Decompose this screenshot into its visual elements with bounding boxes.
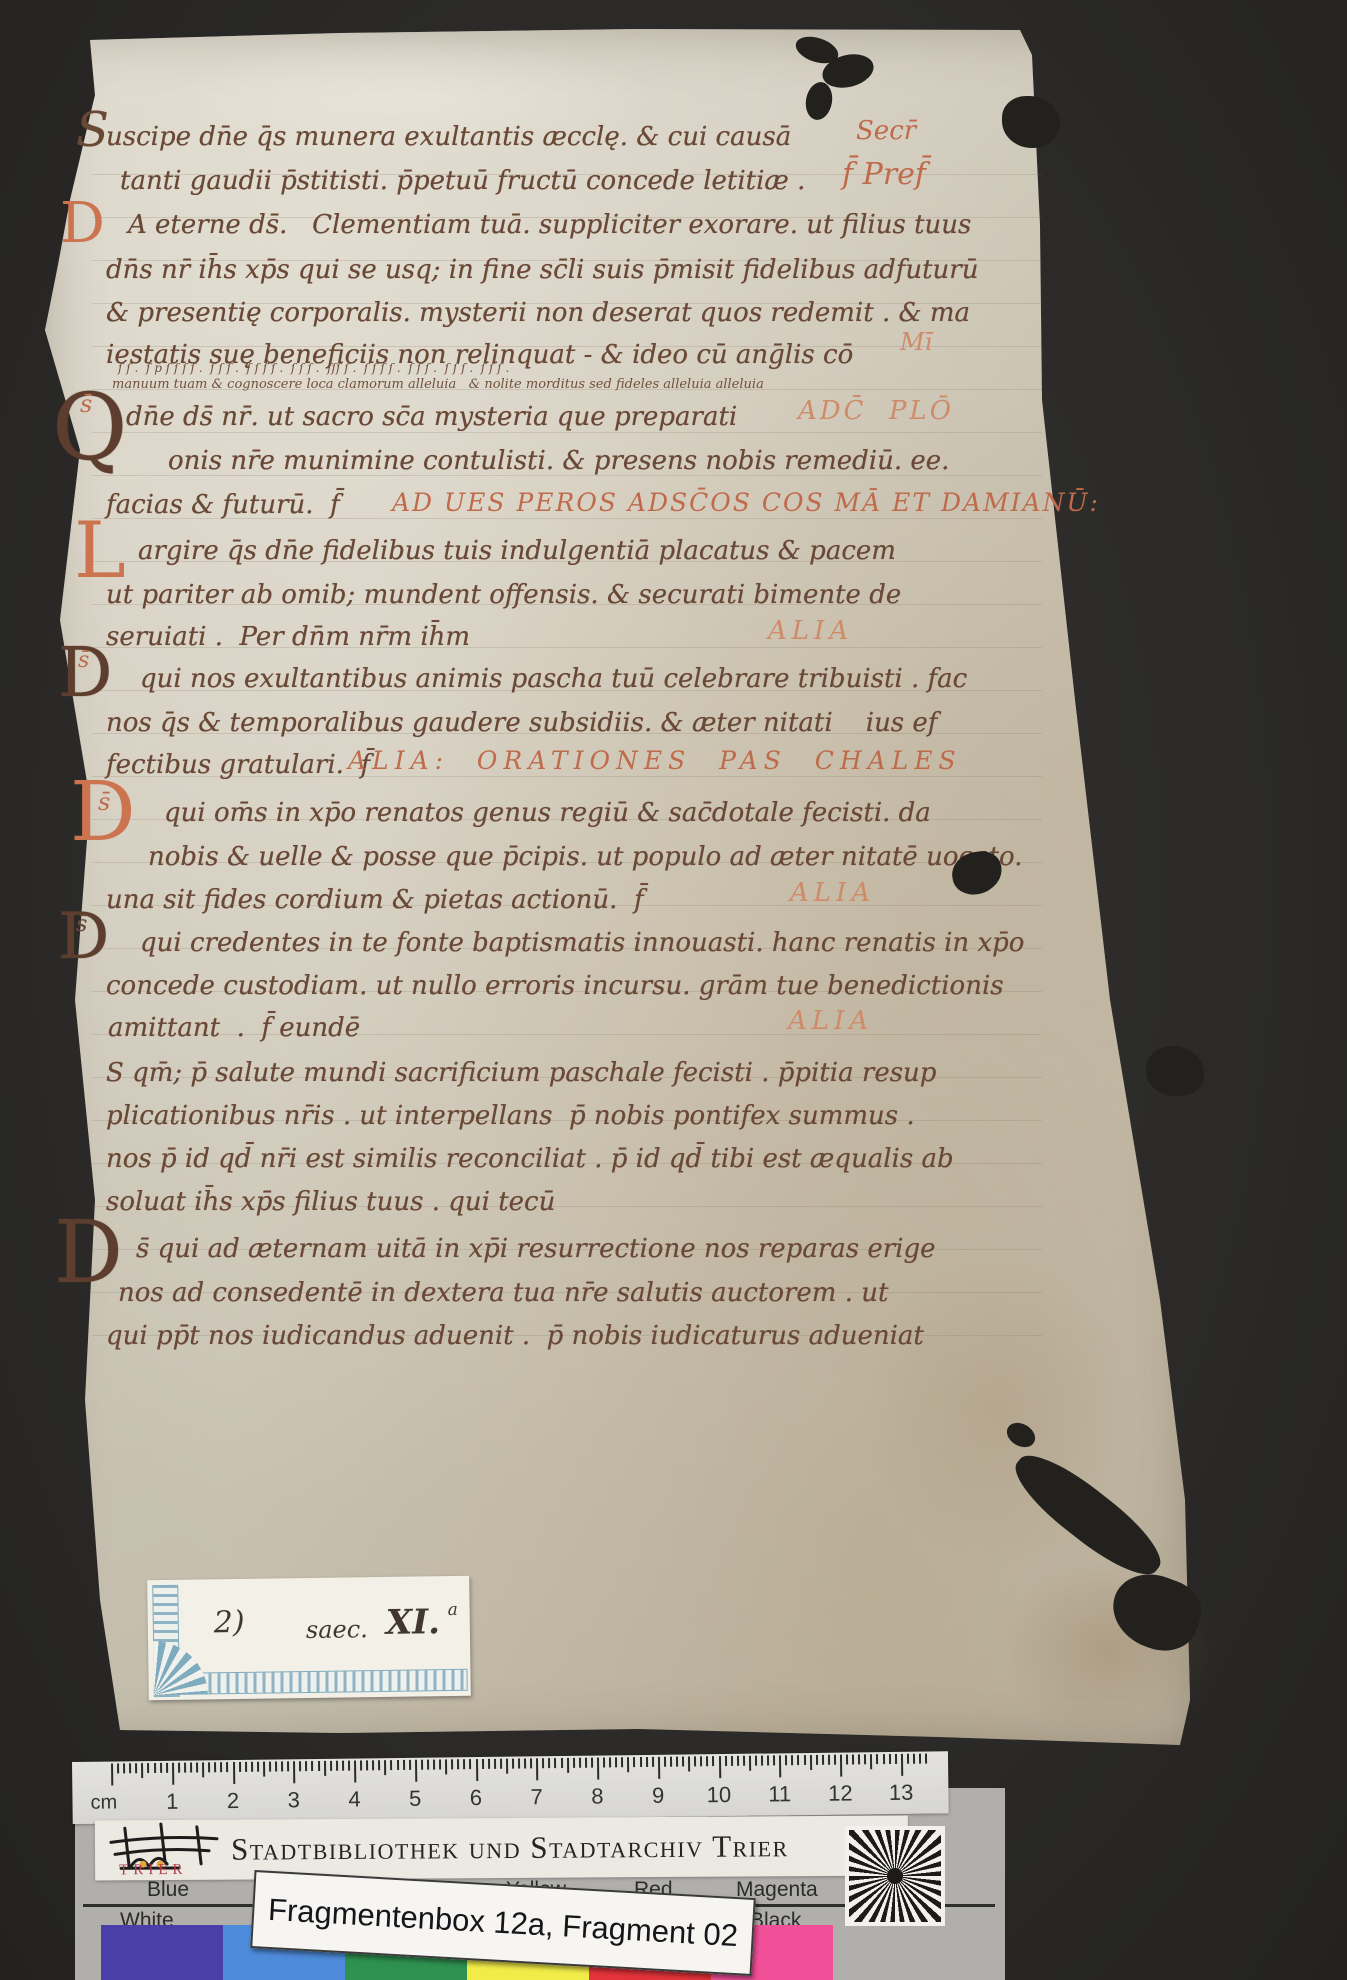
ruler-tick (591, 1758, 593, 1768)
color-label-blue: Blue (147, 1878, 189, 1902)
ruler-tick (548, 1758, 550, 1768)
ruler-tick (475, 1759, 477, 1781)
institution-logo-icon: TRIER (105, 1822, 225, 1879)
manuscript-text-run: s̄ (98, 790, 110, 814)
ruler-tick (336, 1761, 338, 1771)
ruler-tick (889, 1754, 891, 1764)
manuscript-text-run: s̄ (78, 650, 89, 672)
ruler-tick (567, 1758, 569, 1773)
ruler-tick (330, 1761, 332, 1771)
manuscript-text-run: seruiati . Per dn̄m nr̄m ih̄m (106, 624, 470, 650)
manuscript-text-run: AD UES PEROS ADSC̄OS COS MĀ ET DAMIANŪ: (392, 490, 1100, 515)
ruler-tick (354, 1761, 356, 1783)
ruler-tick (846, 1755, 848, 1765)
ruler-tick (597, 1758, 599, 1780)
ruler-number: 13 (889, 1780, 914, 1806)
ruler-number: 5 (409, 1786, 422, 1812)
ruler-tick (700, 1756, 702, 1766)
ruler-tick (816, 1755, 818, 1765)
ruler-tick (427, 1760, 429, 1770)
ruler-tick (372, 1760, 374, 1770)
manuscript-text-run: s̄ qui ad æternam uitā in xp̄i resurrect… (136, 1236, 936, 1262)
ruler-tick (324, 1761, 326, 1776)
ruler-tick (275, 1761, 277, 1771)
ruler-tick (542, 1758, 544, 1768)
ruler-tick (135, 1763, 137, 1773)
ruler-tick (166, 1763, 168, 1773)
ruler-number: 1 (166, 1789, 179, 1815)
ruler-tick (670, 1757, 672, 1767)
manuscript-text-run: ut pariter ab omib; mundent offensis. & … (106, 582, 901, 608)
ruler-tick (858, 1754, 860, 1764)
ruler-tick (822, 1755, 824, 1765)
manuscript-text-run: uscipe dn̄e q̄s munera exultantis æcclę.… (106, 124, 791, 150)
ruler: cm 12345678910111213 (72, 1751, 949, 1824)
ruler-tick (658, 1757, 660, 1779)
archival-date-label: 2) saec. XI. a (147, 1576, 471, 1700)
ruler-number: 11 (768, 1781, 791, 1807)
logo-city-text: TRIER (119, 1862, 187, 1879)
ruler-number: 4 (348, 1786, 361, 1812)
star-center-dot (887, 1868, 903, 1884)
ruler-tick (627, 1757, 629, 1772)
ruler-tick (384, 1760, 386, 1775)
ruler-tick (664, 1757, 666, 1767)
ruler-tick (117, 1763, 119, 1773)
ruler-tick (366, 1760, 368, 1770)
ruler-tick (725, 1756, 727, 1766)
ruler-tick (409, 1760, 411, 1770)
manuscript-text-run: & presentię corporalis. mysterii non des… (106, 300, 970, 326)
manuscript-text-run: nos q̄s & temporalibus gaudere subsidiis… (106, 710, 937, 736)
manuscript-text-run: D (54, 1210, 123, 1296)
ruler-tick (360, 1760, 362, 1770)
ruler-tick (129, 1763, 131, 1773)
ruler-tick (621, 1757, 623, 1767)
ruler-tick (257, 1762, 259, 1772)
label-corner-fan-ornament (153, 1640, 208, 1695)
ruler-number: 9 (652, 1783, 665, 1809)
ruler-tick (767, 1755, 769, 1765)
ruler-tick (433, 1760, 435, 1770)
manuscript-text-run: argire q̄s dn̄e fidelibus tuis indulgent… (138, 538, 896, 564)
label-saec: saec. (306, 1615, 368, 1644)
photo-stage: Suscipe dn̄e q̄s munera exultantis æcclę… (0, 0, 1347, 1980)
ruler-tick (348, 1761, 350, 1771)
ruler-tick (202, 1762, 204, 1777)
ruler-tick (196, 1762, 198, 1772)
ruler-tick (421, 1760, 423, 1770)
manuscript-text-run: manuum tuam & cognoscere loca clamorum a… (112, 378, 764, 391)
siemens-star-target (845, 1826, 945, 1926)
manuscript-text-run: una sit fides cordium & pietas actionū. … (106, 887, 644, 913)
manuscript-text-run: concede custodiam. ut nullo erroris incu… (106, 973, 1004, 999)
ruler-number: 8 (591, 1784, 604, 1810)
ruler-tick (463, 1759, 465, 1769)
ruler-number: 10 (707, 1782, 732, 1808)
manuscript-text-run: ALIA (790, 880, 875, 906)
ruler-tick (561, 1758, 563, 1768)
ruler-tick (184, 1763, 186, 1773)
ruler-tick (342, 1761, 344, 1771)
ruler-tick (652, 1757, 654, 1767)
ruler-tick (293, 1761, 295, 1783)
ruler-tick (488, 1759, 490, 1769)
ruler-number: 2 (227, 1788, 240, 1814)
ruler-tick (512, 1759, 514, 1769)
manuscript-text-run: nos ad consedentē in dextera tua nr̄e sa… (118, 1280, 888, 1306)
ruler-tick (749, 1756, 751, 1771)
ruler-tick (694, 1756, 696, 1766)
ruler-tick (718, 1756, 720, 1778)
ruler-tick (712, 1756, 714, 1766)
ruler-tick (226, 1762, 228, 1772)
ruler-tick (743, 1756, 745, 1766)
ruler-tick (603, 1757, 605, 1767)
ruler-tick (123, 1763, 125, 1773)
ruler-tick (779, 1755, 781, 1777)
ruler-tick (178, 1763, 180, 1773)
ruler-tick (731, 1756, 733, 1766)
ruler-tick (415, 1760, 417, 1782)
institution-banner: TRIER Stadtbibliothek und Stadtarchiv Tr… (95, 1816, 908, 1881)
manuscript-text-run: nos p̄ id qd̄ nr̄i est similis reconcili… (106, 1146, 954, 1172)
ruler-number: 12 (828, 1780, 853, 1806)
ruler-tick (518, 1759, 520, 1769)
ink-blot (1002, 96, 1060, 148)
ruler-unit-label: cm (90, 1791, 117, 1814)
ruler-tick (852, 1754, 854, 1764)
fragment-caption-text: Fragmentenbox 12a, Fragment 02 (267, 1892, 739, 1954)
ruler-tick (609, 1757, 611, 1767)
ruler-tick (864, 1754, 866, 1764)
manuscript-text-run: qui om̄s in xp̄o renatos genus regiū & s… (164, 800, 931, 826)
manuscript-text-run: S qm̄; p̄ salute mundi sacrificium pasch… (106, 1060, 936, 1086)
ruler-tick (469, 1759, 471, 1769)
ruler-tick (773, 1755, 775, 1765)
ruler-tick (573, 1758, 575, 1768)
ruler-tick (688, 1756, 690, 1771)
ruler-tick (828, 1755, 830, 1765)
ruler-tick (870, 1754, 872, 1769)
manuscript-text-run: f̄ Pref̄ (842, 160, 926, 190)
manuscript-text-run: S (76, 106, 109, 154)
manuscript-text-run: ALIA: ORATIONES PAS CHALES (348, 748, 962, 773)
institution-title: Stadtbibliothek und Stadtarchiv Trier (231, 1828, 789, 1867)
ruler-tick (245, 1762, 247, 1772)
ruler-tick (761, 1756, 763, 1766)
ruler-tick (737, 1756, 739, 1766)
ruler-tick (585, 1758, 587, 1768)
ruler-tick (378, 1760, 380, 1770)
ruler-tick (299, 1761, 301, 1771)
manuscript-text-run: soluat ih̄s xp̄s filius tuus . qui tecū (106, 1189, 555, 1215)
ruler-tick (579, 1758, 581, 1768)
ruler-tick (208, 1762, 210, 1772)
manuscript-text-run: facias & futurū. f̄ (106, 492, 340, 518)
ruler-tick (500, 1759, 502, 1769)
manuscript-text-run: ALIA (788, 1008, 873, 1034)
manuscript-text-run: qui credentes in te fonte baptismatis in… (140, 930, 1024, 956)
manuscript-text-run: Mī (900, 330, 932, 354)
ruler-tick (305, 1761, 307, 1771)
ink-blot (1146, 1046, 1204, 1096)
ruler-tick (172, 1763, 174, 1785)
ruler-tick (233, 1762, 235, 1784)
manuscript-text-run: dn̄e ds̄ nr̄. ut sacro sc̄a mysteria que… (126, 404, 737, 430)
ruler-tick (311, 1761, 313, 1771)
ruler-tick (785, 1755, 787, 1765)
manuscript-text-run: L (74, 512, 126, 590)
manuscript-text-run: ſ ſ . ſ p ſ ſ ſ ſ . ſ ſ ſ . ſ ſ ſ ſ . ſ … (118, 362, 509, 374)
ruler-tick (913, 1754, 915, 1764)
ruler-tick (160, 1763, 162, 1773)
manuscript-text-run: tanti gaudii p̄stitisti. p̄petuū fructū … (120, 168, 805, 194)
ruler-tick (646, 1757, 648, 1767)
ruler-tick (882, 1754, 884, 1764)
ruler-number: 7 (530, 1784, 543, 1810)
ruler-tick (269, 1762, 271, 1772)
ruler-tick (147, 1763, 149, 1773)
ruler-tick (263, 1762, 265, 1777)
manuscript-text-run: onis nr̄e munimine contulisti. & presens… (168, 448, 949, 474)
ruler-tick (111, 1763, 113, 1785)
manuscript-text-run: fectibus gratulari. f̄ (106, 752, 370, 778)
ruler-tick (457, 1759, 459, 1769)
ruler-tick (797, 1755, 799, 1765)
ruler-tick (190, 1763, 192, 1773)
ruler-ticks (72, 1751, 948, 1762)
ruler-tick (506, 1759, 508, 1774)
ruler-tick (834, 1755, 836, 1765)
manuscript-text-run: nobis & uelle & posse que p̄cipis. ut po… (148, 844, 1022, 870)
manuscript-text-run: plicationibus nr̄is . ut interpellans p̄… (106, 1103, 915, 1129)
ruler-tick (840, 1755, 842, 1777)
ruler-tick (804, 1755, 806, 1765)
ruler-tick (895, 1754, 897, 1764)
ruler-tick (482, 1759, 484, 1769)
ruler-tick (901, 1754, 903, 1776)
manuscript-text-run: qui nos exultantibus animis pascha tuū c… (140, 666, 967, 692)
ruler-tick (615, 1757, 617, 1767)
ruler-tick (706, 1756, 708, 1766)
ruler-tick (214, 1762, 216, 1772)
ruler-tick (251, 1762, 253, 1772)
ruler-tick (445, 1759, 447, 1774)
manuscript-text-run: qui pp̄t nos iudicandus aduenit . p̄ nob… (106, 1323, 924, 1349)
ruler-tick (633, 1757, 635, 1767)
ruler-tick (439, 1759, 441, 1769)
manuscript-text-run: amittant . f̄ eundē (108, 1015, 360, 1041)
ruler-tick (536, 1758, 538, 1780)
manuscript-text-run: ADC̄ PLŌ (798, 398, 954, 424)
ruler-tick (239, 1762, 241, 1772)
ruler-tick (494, 1759, 496, 1769)
ruler-tick (876, 1754, 878, 1764)
manuscript-text-run: Secr̄ (856, 118, 916, 144)
ruler-tick (390, 1760, 392, 1770)
ruler-tick (141, 1763, 143, 1778)
ruler-number: 6 (470, 1785, 483, 1811)
ruler-tick (554, 1758, 556, 1768)
label-number: 2) (214, 1605, 245, 1640)
manuscript-text-run: dn̄s nr̄ ih̄s xp̄s qui se usq; in fine s… (106, 257, 978, 283)
ruler-tick (925, 1754, 927, 1764)
color-patch-blue (101, 1925, 223, 1980)
manuscript-text-run: A eterne ds̄. Clementiam tuā. supplicite… (128, 212, 971, 238)
label-sup: a (447, 1600, 457, 1620)
label-century: XI. (386, 1602, 441, 1643)
ruler-tick (791, 1755, 793, 1765)
ruler-tick (403, 1760, 405, 1770)
ruler-tick (397, 1760, 399, 1770)
ruler-tick (919, 1754, 921, 1764)
ruler-tick (220, 1762, 222, 1772)
ruler-number: 3 (287, 1787, 300, 1813)
ruler-tick (281, 1761, 283, 1771)
manuscript-text-run: ALIA (768, 618, 853, 644)
ruler-tick (755, 1756, 757, 1766)
ruler-tick (907, 1754, 909, 1764)
ruler-tick (451, 1759, 453, 1769)
ruler-tick (287, 1761, 289, 1771)
ruler-tick (810, 1755, 812, 1770)
ruler-tick (682, 1757, 684, 1767)
manuscript-text-run: D (60, 196, 105, 252)
ruler-tick (639, 1757, 641, 1767)
ruler-tick (154, 1763, 156, 1773)
ruler-tick (318, 1761, 320, 1771)
ruler-tick (524, 1758, 526, 1768)
ruler-tick (530, 1758, 532, 1768)
ruler-tick (676, 1757, 678, 1767)
manuscript-text-run: s̄ (80, 392, 92, 416)
manuscript-text-run: s̄ (76, 914, 87, 936)
